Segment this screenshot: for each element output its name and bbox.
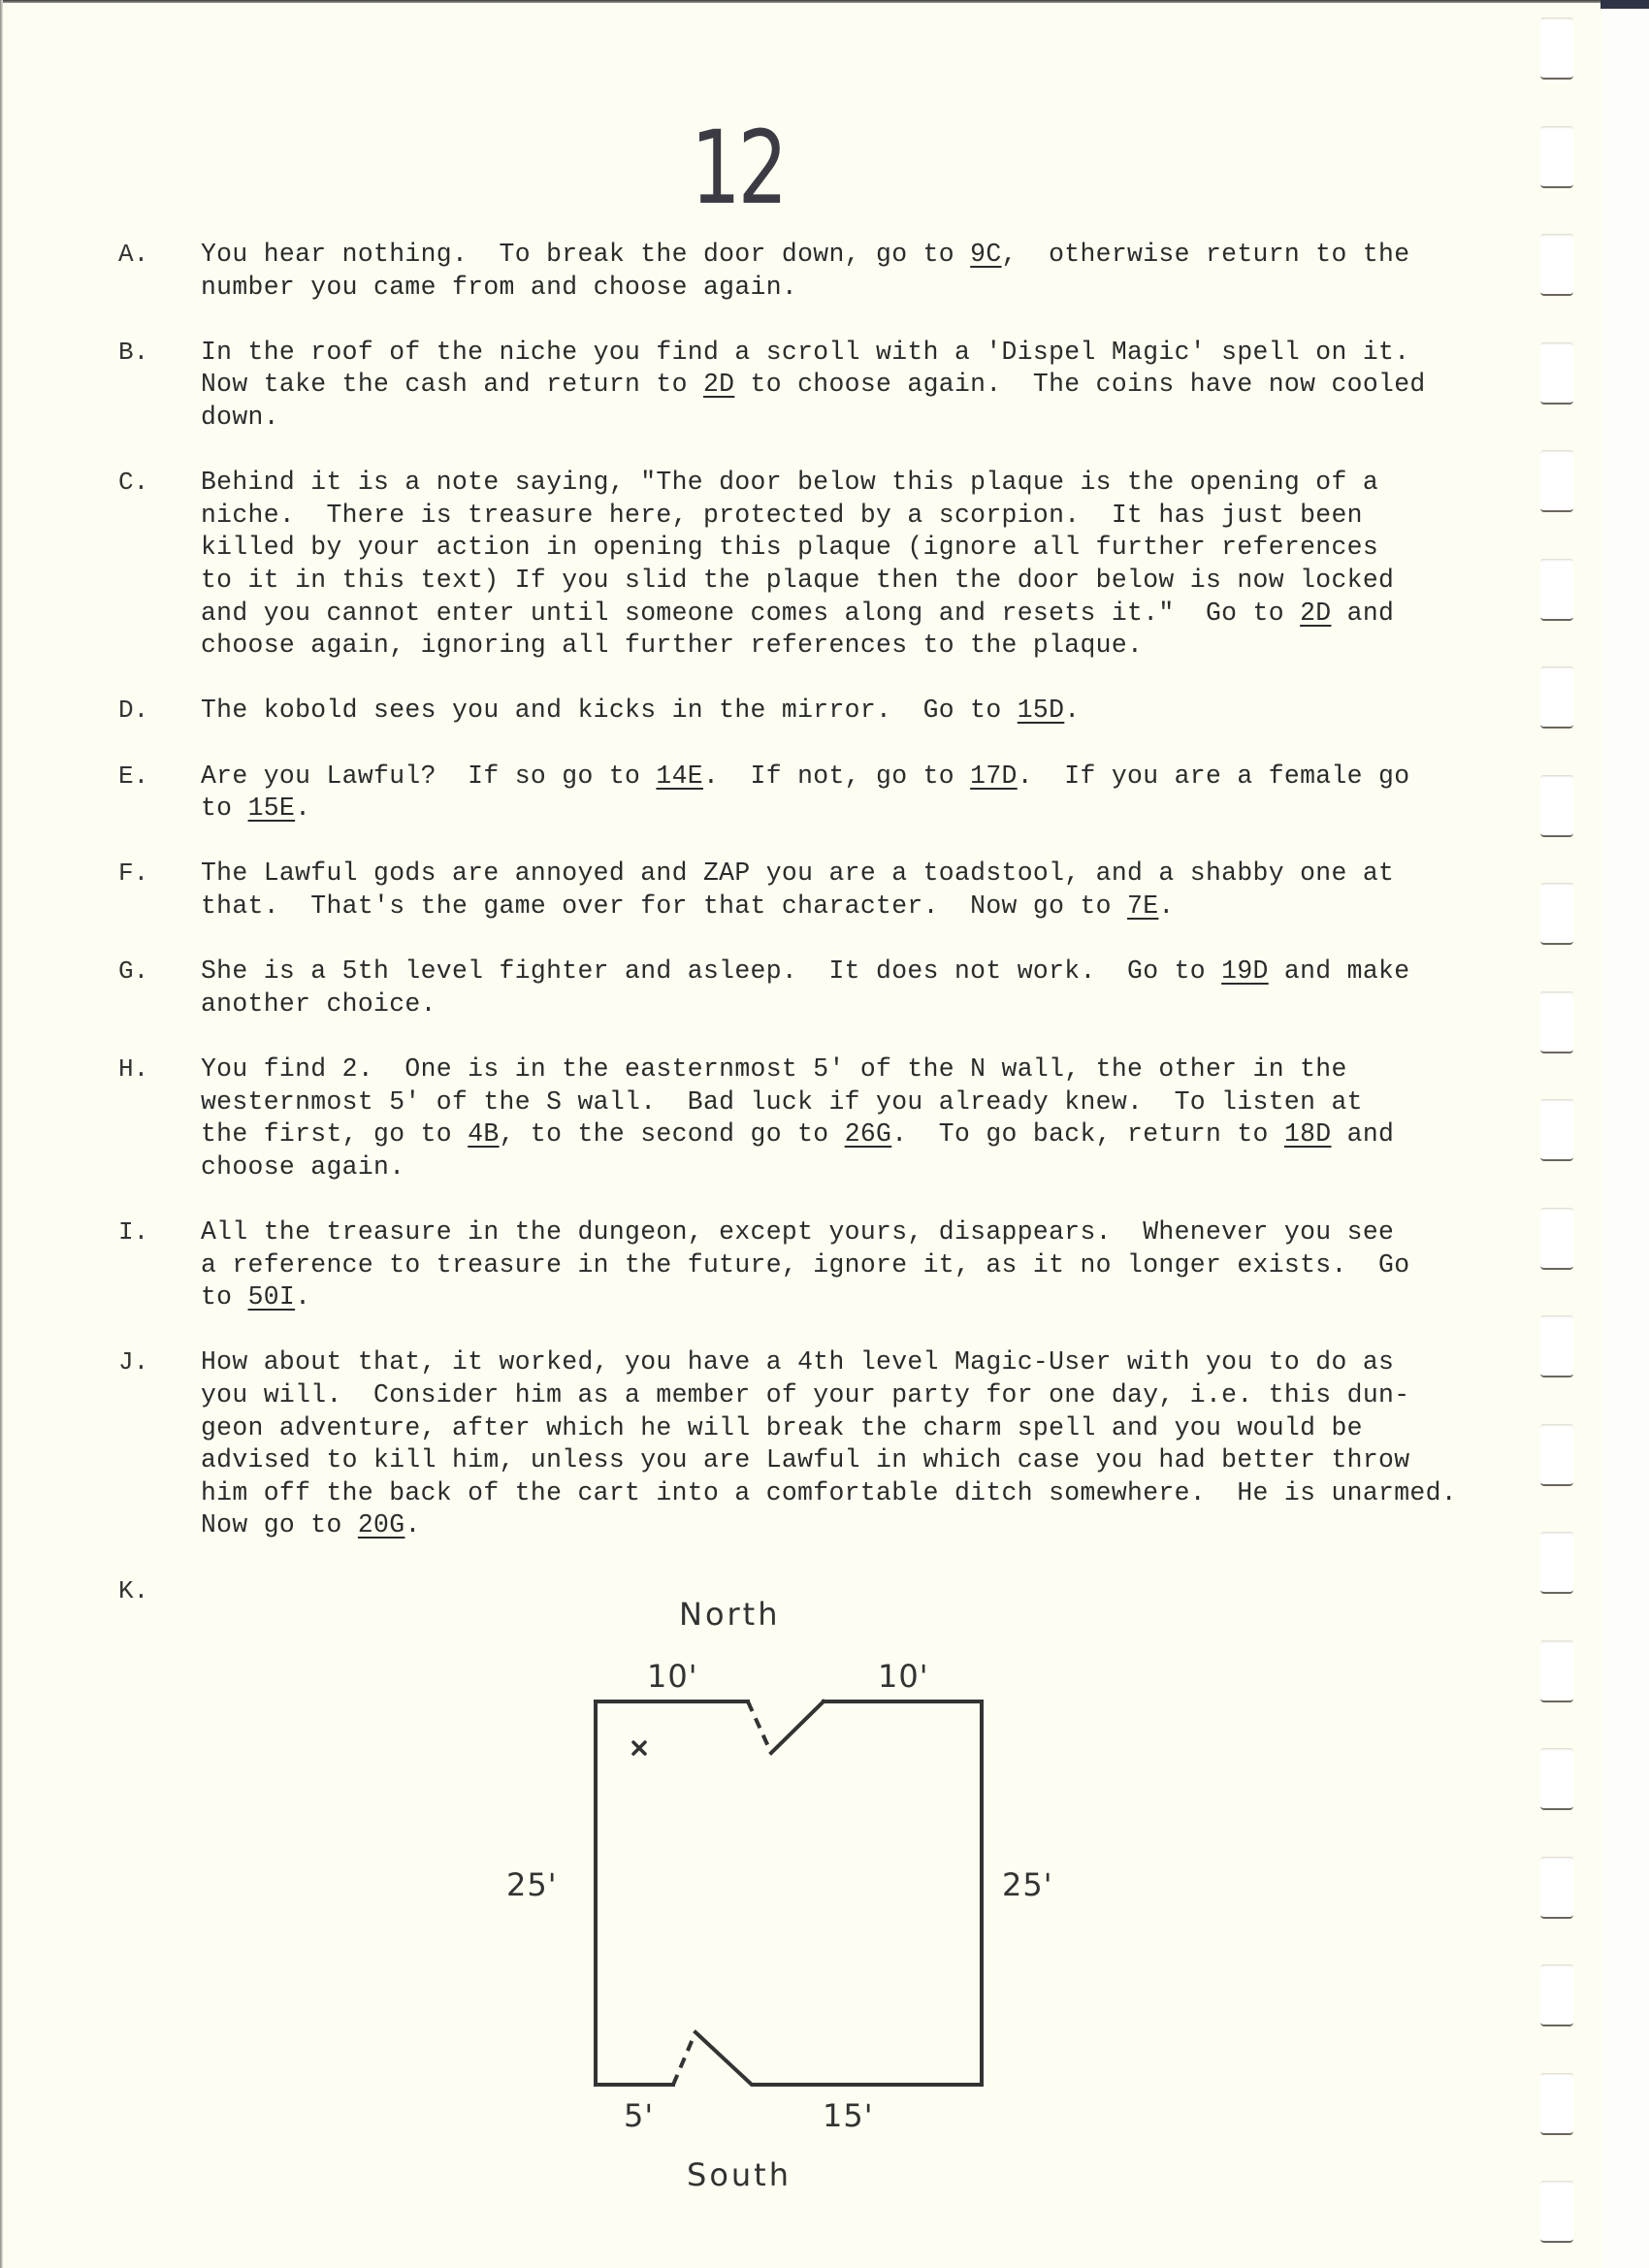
text-segment: you will. Consider him as a member of yo… <box>201 1380 1409 1409</box>
entry-letter: F. <box>118 858 148 891</box>
north-left-length: 10' <box>647 1659 698 1694</box>
entry-reference-link[interactable]: 18D <box>1284 1119 1332 1149</box>
entry-text: You hear nothing. To break the door down… <box>201 239 1501 304</box>
binding-hole <box>1540 559 1573 621</box>
entry-letter: H. <box>118 1053 148 1086</box>
entry-text: The kobold sees you and kicks in the mir… <box>201 695 1501 728</box>
text-line: westernmost 5' of the S wall. Bad luck i… <box>201 1086 1501 1119</box>
text-line: geon adventure, after which he will brea… <box>201 1412 1501 1445</box>
entry-letter: I. <box>118 1216 148 1249</box>
text-segment: . <box>295 1282 310 1312</box>
entry-letter: B. <box>118 337 148 370</box>
text-segment: She is a 5th level fighter and asleep. I… <box>201 956 1221 986</box>
text-line: Now take the cash and return to 2D to ch… <box>201 369 1501 402</box>
binding-hole <box>1540 1748 1573 1810</box>
page-left-edge <box>0 0 3 2268</box>
text-line: to it in this text) If you slid the plaq… <box>201 565 1501 598</box>
text-line: choose again, ignoring all further refer… <box>201 630 1501 663</box>
binding-hole <box>1540 991 1573 1053</box>
binding-hole <box>1540 450 1573 512</box>
text-segment: a reference to treasure in the future, i… <box>201 1250 1409 1280</box>
binding-hole <box>1540 1857 1573 1919</box>
entry-letter: K. <box>118 1575 148 1608</box>
text-segment: How about that, it worked, you have a 4t… <box>201 1347 1394 1377</box>
text-line: and you cannot enter until someone comes… <box>201 598 1501 631</box>
north-secret-door <box>748 1701 771 1753</box>
text-segment: westernmost 5' of the S wall. Bad luck i… <box>201 1087 1363 1117</box>
text-segment: to it in this text) If you slid the plaq… <box>201 566 1394 595</box>
text-segment: to <box>201 794 248 823</box>
south-left-length: 5' <box>624 2098 654 2133</box>
entry-reference-link[interactable]: 2D <box>703 370 734 399</box>
entry-text: All the treasure in the dungeon, except … <box>201 1216 1501 1314</box>
entry-reference-link[interactable]: 15D <box>1018 696 1065 725</box>
text-segment: the first, go to <box>201 1119 468 1149</box>
entry-letter: J. <box>118 1346 148 1379</box>
room-diagram: North 10' 10' 25' 25' 5' 15' South <box>466 1571 1067 2212</box>
entry-text: You find 2. One is in the easternmost 5'… <box>201 1053 1501 1183</box>
entry-text: She is a 5th level fighter and asleep. I… <box>201 956 1501 1021</box>
entry-letter: C. <box>118 467 148 500</box>
entry-reference-link[interactable]: 9C <box>970 240 1001 269</box>
entry-letter: D. <box>118 695 148 728</box>
text-segment: killed by your action in opening this pl… <box>201 533 1378 562</box>
text-segment: . To go back, return to <box>891 1119 1284 1149</box>
text-segment: . If not, go to <box>703 761 970 791</box>
page-top-edge <box>0 0 1602 3</box>
north-label: North <box>679 1597 781 1632</box>
text-segment: him off the back of the cart into a comf… <box>201 1478 1457 1507</box>
west-length: 25' <box>506 1867 558 1902</box>
entry-reference-link[interactable]: 26G <box>845 1119 892 1149</box>
entry-reference-link[interactable]: 14E <box>656 761 703 791</box>
text-line: All the treasure in the dungeon, except … <box>201 1216 1501 1249</box>
text-segment: In the roof of the niche you find a scro… <box>201 338 1409 367</box>
south-secret-door <box>673 2032 695 2085</box>
binding-hole <box>1540 2073 1573 2135</box>
text-line: a reference to treasure in the future, i… <box>201 1249 1501 1282</box>
binding-hole <box>1540 126 1573 188</box>
text-segment: and <box>1331 599 1394 628</box>
text-line: killed by your action in opening this pl… <box>201 532 1501 565</box>
entry-reference-link[interactable]: 4B <box>468 1119 499 1149</box>
text-line: Behind it is a note saying, "The door be… <box>201 467 1501 500</box>
text-segment: You find 2. One is in the easternmost 5'… <box>201 1054 1347 1084</box>
text-line: the first, go to 4B, to the second go to… <box>201 1118 1501 1151</box>
text-line: You hear nothing. To break the door down… <box>201 239 1501 272</box>
text-segment: . <box>1158 891 1174 921</box>
entry-text: How about that, it worked, you have a 4t… <box>201 1346 1501 1542</box>
text-segment: Are you Lawful? If so go to <box>201 761 656 791</box>
east-length: 25' <box>1002 1867 1053 1902</box>
binding-hole <box>1540 1532 1573 1594</box>
cover-bar <box>1600 0 1649 9</box>
text-segment: You hear nothing. To break the door down… <box>201 240 970 269</box>
binding-hole <box>1540 1315 1573 1377</box>
text-segment: that. That's the game over for that char… <box>201 891 1127 921</box>
south-right-length: 15' <box>823 2098 874 2133</box>
text-line: How about that, it worked, you have a 4t… <box>201 1346 1501 1379</box>
binding-hole <box>1540 2181 1573 2243</box>
binding-hole <box>1540 1208 1573 1270</box>
north-door-edge <box>771 1701 824 1753</box>
text-line: The kobold sees you and kicks in the mir… <box>201 695 1501 728</box>
entry-letter: E. <box>118 761 148 794</box>
x-marker <box>633 1742 645 1754</box>
text-segment: choose again, ignoring all further refer… <box>201 631 1143 660</box>
text-segment: and you cannot enter until someone comes… <box>201 599 1300 628</box>
text-line: choose again. <box>201 1151 1501 1184</box>
entry-text: Are you Lawful? If so go to 14E. If not,… <box>201 761 1501 826</box>
text-line: niche. There is treasure here, protected… <box>201 500 1501 533</box>
south-label: South <box>687 2157 792 2192</box>
text-segment: down. <box>201 403 279 432</box>
entry-reference-link[interactable]: 50I <box>248 1282 296 1312</box>
text-segment: . <box>1064 696 1080 725</box>
binding-holes <box>1540 0 1579 2268</box>
entry-text: The Lawful gods are annoyed and ZAP you … <box>201 858 1501 923</box>
text-segment: Now take the cash and return to <box>201 370 703 399</box>
text-segment: The Lawful gods are annoyed and ZAP you … <box>201 859 1394 888</box>
text-line: that. That's the game over for that char… <box>201 891 1501 923</box>
binding-hole <box>1540 17 1573 80</box>
text-line: another choice. <box>201 988 1501 1021</box>
binding-hole <box>1540 1424 1573 1486</box>
text-segment: The kobold sees you and kicks in the mir… <box>201 696 1018 725</box>
text-segment: . <box>295 794 310 823</box>
binding-hole <box>1540 883 1573 945</box>
binding-hole <box>1540 775 1573 837</box>
text-line: you will. Consider him as a member of yo… <box>201 1379 1501 1412</box>
text-line: She is a 5th level fighter and asleep. I… <box>201 956 1501 988</box>
text-segment: advised to kill him, unless you are Lawf… <box>201 1445 1409 1474</box>
entry-text: In the roof of the niche you find a scro… <box>201 337 1501 435</box>
text-segment: number you came from and choose again. <box>201 273 797 302</box>
entry-reference-link[interactable]: 2D <box>1300 599 1331 628</box>
binding-hole <box>1540 666 1573 729</box>
entry-reference-link[interactable]: 15E <box>248 794 296 823</box>
entry-letter: G. <box>118 956 148 988</box>
text-line: You find 2. One is in the easternmost 5'… <box>201 1053 1501 1086</box>
text-line: Now go to 20G. <box>201 1509 1501 1542</box>
text-segment: niche. There is treasure here, protected… <box>201 501 1363 530</box>
text-segment: , otherwise return to the <box>1002 240 1410 269</box>
entry-text: Behind it is a note saying, "The door be… <box>201 467 1501 663</box>
text-segment: All the treasure in the dungeon, except … <box>201 1217 1394 1247</box>
text-segment: . <box>404 1510 420 1539</box>
text-line: to 15E. <box>201 793 1501 826</box>
text-line: to 50I. <box>201 1281 1501 1314</box>
binding-hole <box>1540 342 1573 405</box>
entry-reference-link[interactable]: 20G <box>358 1510 405 1539</box>
text-line: number you came from and choose again. <box>201 272 1501 305</box>
wall-outline-right <box>695 1701 982 2085</box>
text-line: The Lawful gods are annoyed and ZAP you … <box>201 858 1501 891</box>
north-right-length: 10' <box>878 1659 929 1694</box>
binding-hole <box>1540 1640 1573 1702</box>
text-line: advised to kill him, unless you are Lawf… <box>201 1444 1501 1477</box>
text-segment: Now go to <box>201 1510 358 1539</box>
entry-reference-link[interactable]: 7E <box>1127 891 1158 921</box>
text-segment: , to the second go to <box>500 1119 845 1149</box>
text-segment: and <box>1332 1119 1395 1149</box>
text-line: In the roof of the niche you find a scro… <box>201 337 1501 370</box>
text-segment: to <box>201 1282 248 1312</box>
page-number: 12 <box>691 114 774 221</box>
text-segment: geon adventure, after which he will brea… <box>201 1413 1363 1442</box>
text-segment: and make <box>1269 956 1410 986</box>
text-segment: choose again. <box>201 1152 404 1182</box>
text-line: down. <box>201 402 1501 435</box>
text-segment: . If you are a female go <box>1018 761 1410 791</box>
binding-hole <box>1540 1964 1573 2026</box>
text-line: him off the back of the cart into a comf… <box>201 1477 1501 1510</box>
entry-letter: A. <box>118 239 148 272</box>
text-line: Are you Lawful? If so go to 14E. If not,… <box>201 761 1501 794</box>
entry-reference-link[interactable]: 17D <box>970 761 1018 791</box>
text-segment: another choice. <box>201 989 436 1019</box>
wall-outline-left <box>596 1701 748 2085</box>
entry-reference-link[interactable]: 19D <box>1221 956 1269 986</box>
binding-hole <box>1540 1099 1573 1161</box>
text-segment: Behind it is a note saying, "The door be… <box>201 468 1378 497</box>
binding-strip <box>1602 0 1649 2268</box>
text-segment: to choose again. The coins have now cool… <box>734 370 1425 399</box>
binding-hole <box>1540 234 1573 296</box>
